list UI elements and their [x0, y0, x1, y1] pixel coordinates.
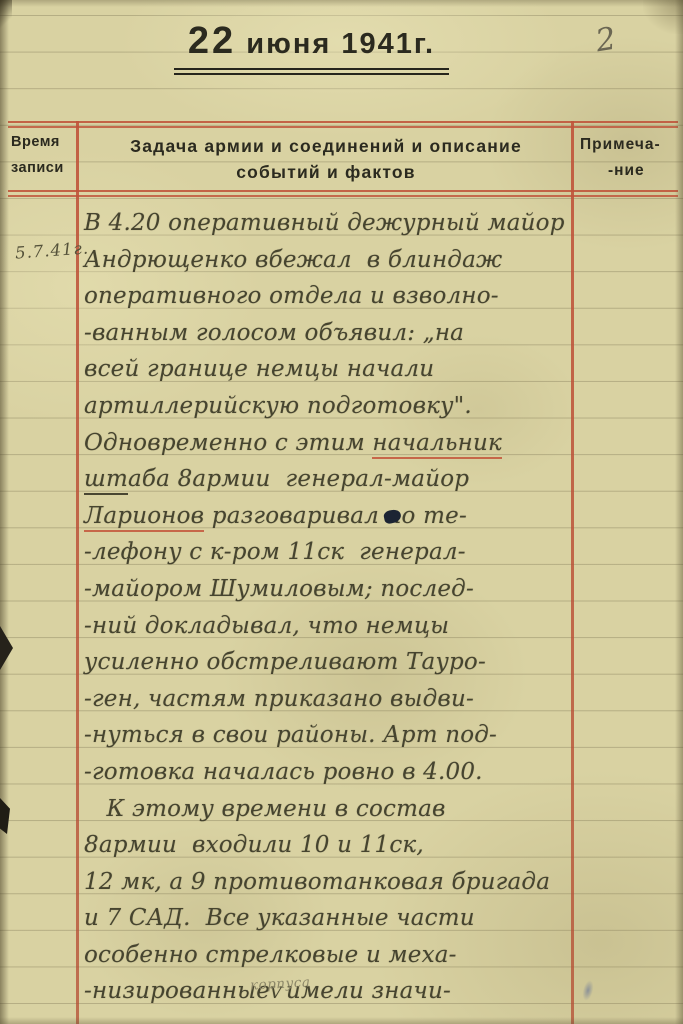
handwriting-segment: -нуться в свои районы. Арт под-	[84, 722, 497, 748]
handwriting-text: В 4.20 оперативный дежурный майорАндрюще…	[84, 205, 586, 1010]
underlined-word: Ларионов	[84, 503, 204, 532]
diary-page: 22 июня 1941г. 2 Время записи Задача арм…	[0, 0, 683, 1024]
handwriting-segment: оперативного отдела и взволно-	[84, 283, 499, 309]
handwriting-line: Ларионов разговаривал по те-	[84, 498, 586, 535]
handwriting-segment: -майором Шумиловым; послед-	[84, 576, 474, 602]
handwriting-segment: 8армии входили 10 и 11ск,	[84, 832, 424, 858]
handwriting-segment: 12 мк, а 9 противотанковая бригада	[84, 869, 550, 895]
handwriting-segment: артиллерийскую подготовку".	[84, 393, 472, 419]
handwriting-segment: -ний докладывал, что немцы	[84, 613, 449, 639]
handwriting-line: 8армии входили 10 и 11ск,	[84, 827, 586, 864]
handwriting-line: К этому времени в состав	[84, 791, 586, 828]
handwriting-segment: по	[387, 503, 416, 529]
handwriting-segment: те-	[416, 503, 467, 529]
handwriting-line: Андрющенко вбежал в блиндаж	[84, 242, 586, 279]
handwriting-line: усиленно обстреливают Тауро-	[84, 644, 586, 681]
handwriting-segment: имели значи-	[286, 978, 451, 1004]
handwriting-line: штаба 8армии генерал-майор	[84, 461, 586, 498]
handwriting-segment: особенно стрелковые и меха-	[84, 942, 457, 968]
handwriting-line: -лефону с к-ром 11ск генерал-	[84, 534, 586, 571]
note-column-header: Примеча- -ние	[576, 132, 676, 184]
underlined-word: шт	[84, 466, 128, 495]
handwriting-line: -готовка началась ровно в 4.00.	[84, 754, 586, 791]
torn-edge-mark	[0, 798, 10, 834]
handwriting-line: особенно стрелковые и меха-	[84, 937, 586, 974]
handwriting-line: -низированныекорпусаVимели значи-	[84, 973, 586, 1010]
handwriting-line: Одновременно с этим начальник	[84, 425, 586, 462]
handwriting-line: -ген, частям приказано выдви-	[84, 681, 586, 718]
torn-edge-notch	[0, 626, 13, 670]
handwriting-segment: всей границе немцы начали	[84, 356, 434, 382]
handwriting-line: В 4.20 оперативный дежурный майор	[84, 205, 586, 242]
handwriting-segment: разговаривал	[204, 503, 386, 529]
table-top-border	[8, 121, 678, 128]
title-row: 22 июня 1941г.	[0, 20, 623, 75]
corner-shadow-top-right	[643, 0, 683, 34]
handwriting-line: -ванным голосом объявил: „на	[84, 315, 586, 352]
handwriting-line: -ний докладывал, что немцы	[84, 608, 586, 645]
handwriting-segment: -низированные	[84, 978, 270, 1004]
handwriting-line: оперативного отдела и взволно-	[84, 278, 586, 315]
paper-edge-bottom	[0, 1017, 683, 1024]
handwriting-segment: В 4.20 оперативный дежурный майор	[84, 210, 565, 236]
main-column-header: Задача армии и соединений и описание соб…	[82, 133, 570, 185]
underlined-word: начальник	[372, 430, 502, 459]
handwriting-line: 12 мк, а 9 противотанковая бригада	[84, 864, 586, 901]
handwriting-segment: усиленно обстреливают Тауро-	[84, 649, 486, 675]
time-header-line1: Время	[11, 129, 75, 155]
handwriting-segment: -готовка началась ровно в 4.00.	[84, 759, 483, 785]
paper-edge-left	[0, 0, 9, 1024]
main-header-line1: Задача армии и соединений и описание	[82, 133, 570, 159]
handwriting-segment: аба 8армии генерал-майор	[128, 466, 469, 492]
note-header-line2: -ние	[576, 158, 676, 184]
note-header-line1: Примеча-	[576, 132, 676, 158]
handwriting-line: и 7 САД. Все указанные части	[84, 900, 586, 937]
page-title: 22 июня 1941г.	[174, 20, 449, 75]
handwriting-segment: Одновременно с этим	[84, 430, 372, 456]
handwriting-line: -майором Шумиловым; послед-	[84, 571, 586, 608]
main-header-line2: событий и фактов	[82, 159, 570, 185]
date-month-year: июня 1941г.	[236, 28, 435, 60]
time-column-header: Время записи	[11, 129, 75, 181]
paper-edge-top	[0, 0, 683, 7]
handwriting-line: артиллерийскую подготовку".	[84, 388, 586, 425]
handwriting-segment: -ванным голосом объявил: „на	[84, 320, 464, 346]
handwriting-segment: Андрющенко вбежал в блиндаж	[84, 247, 502, 273]
handwriting-segment: -ген, частям приказано выдви-	[84, 686, 474, 712]
time-header-line2: записи	[11, 155, 75, 181]
handwriting-line: -нуться в свои районы. Арт под-	[84, 717, 586, 754]
date-day: 22	[188, 20, 236, 62]
handwriting-line: всей границе немцы начали	[84, 351, 586, 388]
handwriting-segment: и 7 САД. Все указанные части	[84, 905, 475, 931]
paper-edge-right	[675, 0, 683, 1024]
table-header-bottom-border	[8, 190, 678, 197]
handwriting-segment: К этому времени в состав	[84, 796, 446, 822]
handwriting-segment: -лефону с к-ром 11ск генерал-	[84, 539, 466, 565]
inserted-word: корпусаV	[270, 973, 286, 1012]
